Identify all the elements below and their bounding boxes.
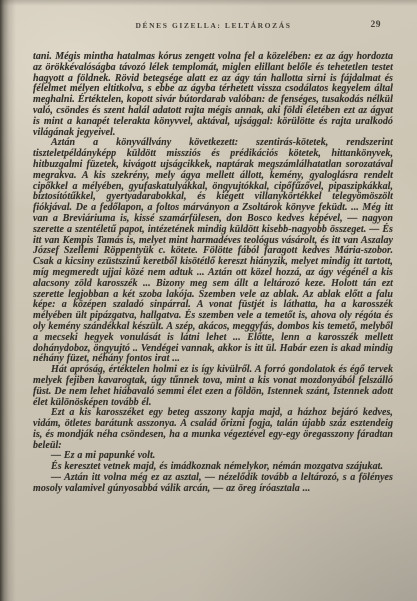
- paragraph: Hát apróság, értéktelen holmi ez is így …: [33, 365, 393, 408]
- running-header: DÉNES GIZELLA: LELTÁROZÁS 29: [32, 21, 395, 33]
- dialogue-line: — Aztán itt volna még ez az asztal, — né…: [33, 473, 393, 495]
- running-title: DÉNES GIZELLA: LELTÁROZÁS: [32, 21, 395, 30]
- scan-top-shadow: [0, 0, 417, 6]
- paragraph-continuation: tani. Mégis mintha hatalmas kórus zenget…: [33, 52, 393, 138]
- body-text-block: tani. Mégis mintha hatalmas kórus zenget…: [33, 52, 393, 495]
- paragraph: Aztán a könyvállvány következett: szenti…: [33, 138, 393, 365]
- page-number: 29: [371, 20, 382, 30]
- scanned-book-page: DÉNES GIZELLA: LELTÁROZÁS 29 tani. Mégis…: [0, 0, 417, 601]
- scan-left-edge-shadow: [0, 0, 16, 601]
- paragraph: Ezt a kis karosszéket egy beteg asszony …: [33, 408, 393, 451]
